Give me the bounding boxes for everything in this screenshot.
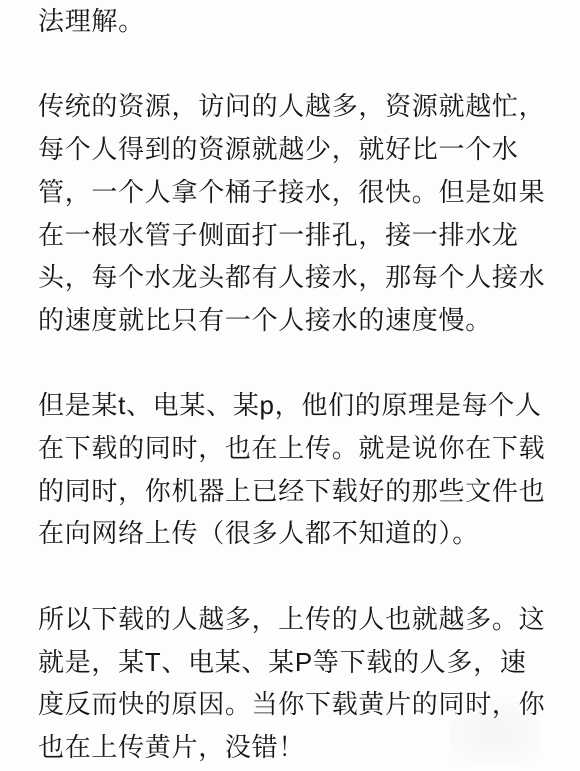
- text-line: 每个人得到的资源就越少，就好比一个水: [38, 128, 546, 171]
- text-line: 在向网络上传（很多人都不知道的）。: [38, 512, 546, 555]
- text-line: 的同时，你机器上已经下载好的那些文件也: [38, 470, 546, 513]
- text-line: 所以下载的人越多，上传的人也就越多。这: [38, 598, 546, 641]
- paragraph-continuation: 法理解。: [38, 0, 546, 43]
- text-line: 度反而快的原因。当你下载黄片的同时，你: [38, 683, 546, 726]
- article-text: 法理解。 传统的资源，访问的人越多，资源就越忙， 每个人得到的资源就越少，就好比…: [38, 0, 546, 769]
- text-line: 在一根水管子侧面打一排孔，接一排水龙: [38, 214, 546, 257]
- text-line: 就是，某T、电某、某P等下载的人多，速: [38, 641, 546, 684]
- text-line: 传统的资源，访问的人越多，资源就越忙，: [38, 85, 546, 128]
- text-line: 头，每个水龙头都有人接水，那每个人接水: [38, 256, 546, 299]
- text-line: 也在上传黄片，没错！: [38, 726, 546, 769]
- paragraph-conclusion: 所以下载的人越多，上传的人也就越多。这 就是，某T、电某、某P等下载的人多，速 …: [38, 598, 546, 769]
- paragraph-p2p-principle: 但是某t、电某、某p，他们的原理是每个人 在下载的同时，也在上传。就是说你在下载…: [38, 384, 546, 555]
- text-line: 但是某t、电某、某p，他们的原理是每个人: [38, 384, 546, 427]
- paragraph-traditional-resources: 传统的资源，访问的人越多，资源就越忙， 每个人得到的资源就越少，就好比一个水 管…: [38, 85, 546, 341]
- text-line: 的速度就比只有一个人接水的速度慢。: [38, 299, 546, 342]
- text-line: 法理解。: [38, 0, 546, 43]
- text-line: 管，一个人拿个桶子接水，很快。但是如果: [38, 171, 546, 214]
- text-line: 在下载的同时，也在上传。就是说你在下载: [38, 427, 546, 470]
